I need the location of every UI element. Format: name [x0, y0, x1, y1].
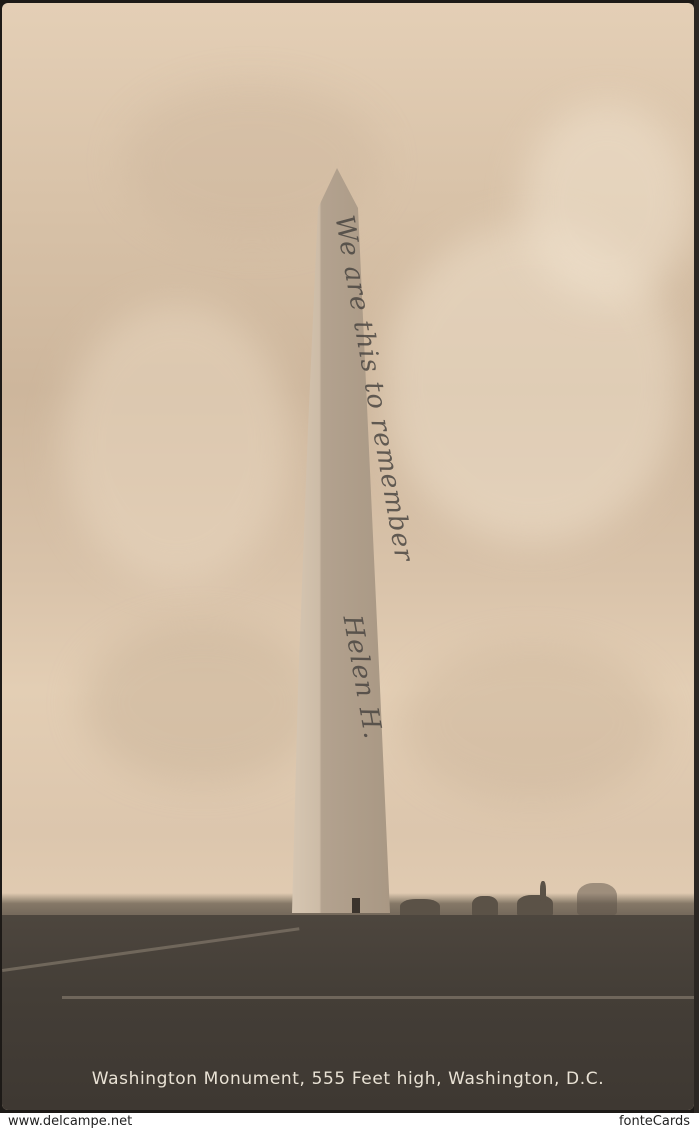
path — [62, 996, 694, 999]
cloud — [82, 623, 322, 783]
watermark-label: fonteCards — [619, 1114, 690, 1129]
source-link[interactable]: www.delcampe.net — [8, 1114, 132, 1129]
postcard-edge — [694, 0, 699, 1113]
tree — [517, 895, 553, 916]
handwritten-message: We are this to remember Helen H. — [320, 213, 392, 853]
handwriting-signature: Helen H. — [336, 613, 387, 742]
cloud — [402, 643, 662, 803]
building-spire — [540, 881, 546, 901]
footer: www.delcampe.net fonteCards — [0, 1113, 699, 1131]
building — [577, 883, 617, 915]
postcard-photo: We are this to remember Helen H. Washing… — [2, 3, 694, 1110]
postcard: We are this to remember Helen H. Washing… — [0, 0, 699, 1113]
tree — [472, 896, 498, 916]
cloud — [522, 103, 692, 303]
postcard-caption: Washington Monument, 555 Feet high, Wash… — [2, 1069, 694, 1089]
cloud — [62, 303, 292, 583]
